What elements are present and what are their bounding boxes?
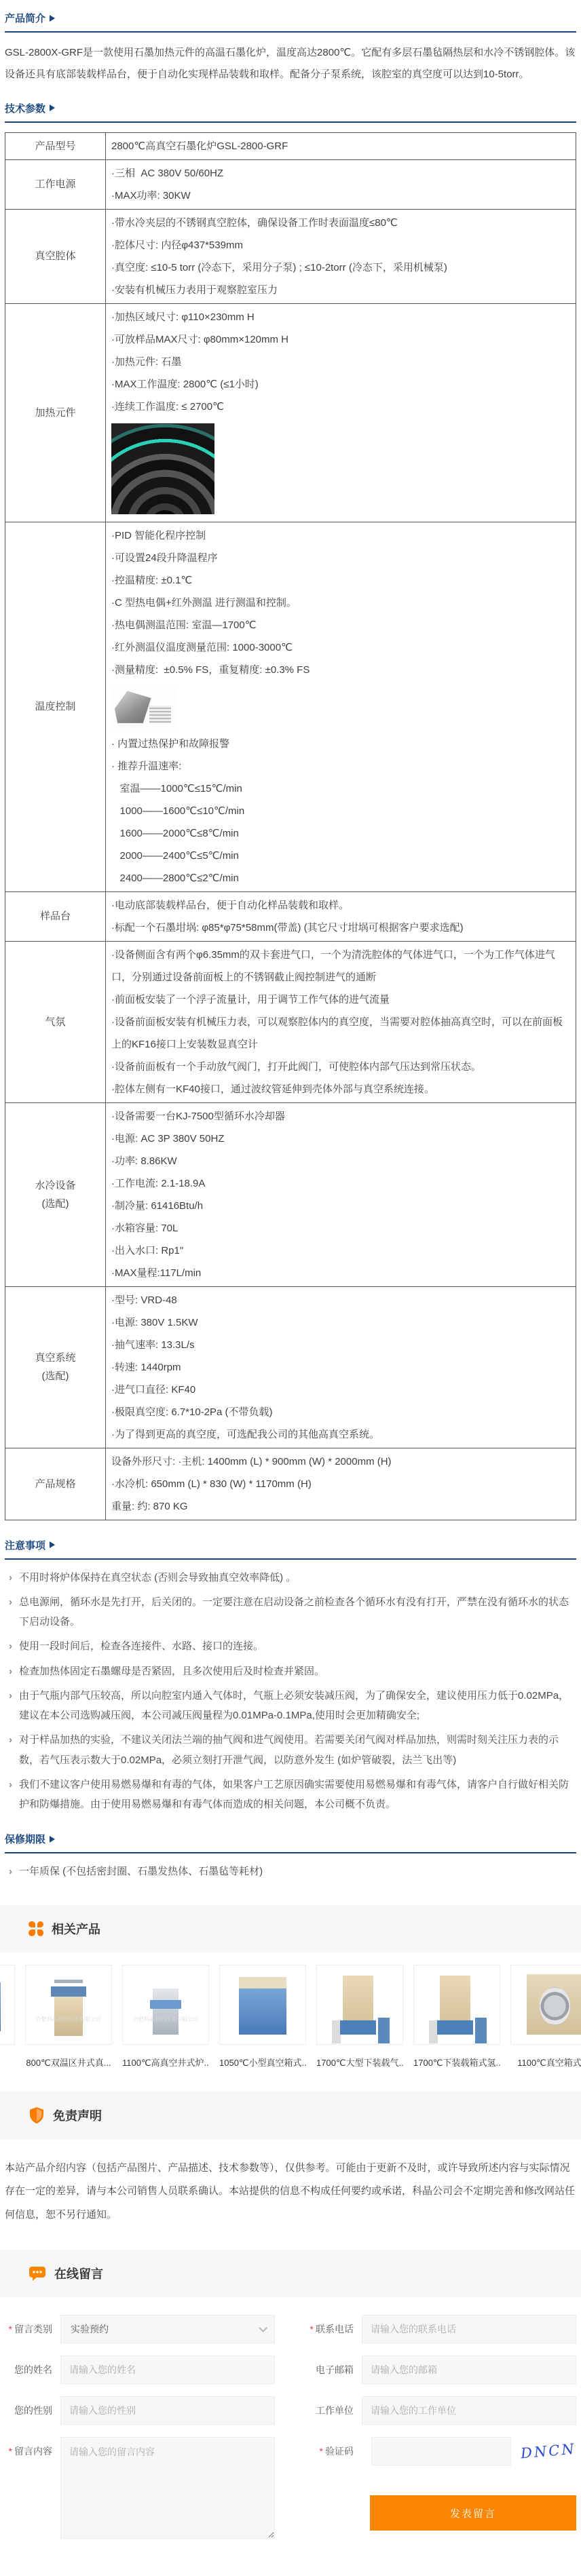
tech-heading: 技术参数 xyxy=(5,90,576,121)
section-notes: 注意事项 ›不用时将炉体保持在真空状态 (否则会导致抽真空效率降低) 。›总电源… xyxy=(0,1527,581,1815)
spec-param-label: 样品台 xyxy=(5,891,106,941)
category-label: *留言类别 xyxy=(5,2322,60,2336)
spec-param-value: 设备外形尺寸: ·主机: 1400mm (L) * 900mm (W) * 20… xyxy=(106,1448,576,1520)
spec-param-label: 温度控制 xyxy=(5,522,106,891)
required-marker: * xyxy=(320,2446,323,2457)
product-card[interactable]: … xyxy=(0,1965,15,2069)
gender-input[interactable] xyxy=(60,2396,275,2425)
bullet-icon: › xyxy=(5,1730,12,1770)
section-warranty: 保修期限 ›一年质保 (不包括密封圈、石墨发热体、石墨毡等耗材) xyxy=(0,1821,581,1881)
spec-param-value: ·带水冷夹层的不锈钢真空腔体，确保设备工作时表面温度≤80℃·腔体尺寸: 内径φ… xyxy=(106,209,576,303)
section-arrow-icon xyxy=(50,104,55,111)
spec-row: 真空腔体·带水冷夹层的不锈钢真空腔体，确保设备工作时表面温度≤80℃·腔体尺寸:… xyxy=(5,209,576,303)
required-marker: * xyxy=(310,2324,314,2334)
related-products-header: 相关产品 xyxy=(0,1905,581,1953)
spec-row: 产品规格设备外形尺寸: ·主机: 1400mm (L) * 900mm (W) … xyxy=(5,1448,576,1520)
required-marker: * xyxy=(9,2324,12,2334)
spec-row: 工作电源·三相 AC 380V 50/60HZ·MAX功率: 30KW xyxy=(5,159,576,209)
gender-label: 您的性别 xyxy=(5,2404,60,2417)
spec-param-value: ·设备侧面含有两个φ6.35mm的双卡套进气口，一个为清洗腔体的气体进气口，一个… xyxy=(106,941,576,1102)
note-item: ›使用一段时间后，检查各连接件、水路、接口的连接。 xyxy=(5,1636,576,1656)
product-card[interactable]: 合肥科晶材料技术有限公司1100℃高真空井式炉... xyxy=(122,1965,209,2069)
field-captcha: *验证码 DNCN xyxy=(306,2437,576,2465)
email-input[interactable] xyxy=(362,2356,576,2384)
required-marker: * xyxy=(9,2446,12,2457)
related-products-row: …合肥科晶材料技术有限公司800℃双温区井式真...合肥科晶材料技术有限公司11… xyxy=(0,1965,581,2069)
category-select-value: 实验预约 xyxy=(71,2322,109,2336)
section-arrow-icon xyxy=(50,1836,55,1843)
name-label: 您的姓名 xyxy=(5,2363,60,2377)
warranty-item: ›一年质保 (不包括密封圈、石墨发热体、石墨毡等耗材) xyxy=(5,1862,576,1881)
captcha-input[interactable] xyxy=(371,2437,511,2465)
spec-param-label: 加热元件 xyxy=(5,303,106,522)
field-phone: *联系电话 xyxy=(306,2315,576,2343)
note-item: ›总电源闸，循环水是先打开，后关闭的。一定要注意在启动设备之前检查各个循环水有没… xyxy=(5,1592,576,1632)
spec-row: 气氛·设备侧面含有两个φ6.35mm的双卡套进气口，一个为清洗腔体的气体进气口，… xyxy=(5,941,576,1102)
spec-param-label: 产品规格 xyxy=(5,1448,106,1520)
note-item: ›不用时将炉体保持在真空状态 (否则会导致抽真空效率降低) 。 xyxy=(5,1568,576,1588)
warranty-title: 保修期限 xyxy=(5,1832,45,1846)
product-title[interactable]: 1100℃真空箱式炉 xyxy=(510,2056,581,2069)
section-online-message: 在线留言 *留言类别 实验预约 *联系电话 您的姓名 xyxy=(0,2250,581,2542)
message-form: *留言类别 实验预约 *联系电话 您的姓名 电子邮箱 xyxy=(0,2315,581,2542)
field-company: 工作单位 xyxy=(306,2396,576,2425)
product-title[interactable]: 1050℃小型真空箱式... xyxy=(219,2056,306,2069)
captcha-and-submit: *验证码 DNCN 发表留言 xyxy=(306,2437,576,2542)
disclaimer-text: 本站产品介绍内容（包括产品图片、产品描述、技术参数等），仅供参考。可能由于更新不… xyxy=(0,2157,581,2227)
tech-title: 技术参数 xyxy=(5,101,45,115)
spec-param-value: ·设备需要一台KJ-7500型循环水冷却器·电源: AC 3P 380V 50H… xyxy=(106,1102,576,1286)
section-intro: 产品简介 GSL-2800X-GRF是一款使用石墨加热元件的高温石墨化炉，温度高… xyxy=(0,0,581,86)
notes-list: ›不用时将炉体保持在真空状态 (否则会导致抽真空效率降低) 。›总电源闸，循环水… xyxy=(5,1568,576,1815)
product-title[interactable]: 800℃双温区井式真... xyxy=(25,2056,112,2069)
bullet-icon: › xyxy=(5,1661,12,1681)
spec-row: 加热元件·加热区域尺寸: φ110×230mm H·可放样品MAX尺寸: φ80… xyxy=(5,303,576,522)
spec-row: 产品型号2800℃高真空石墨化炉GSL-2800-GRF xyxy=(5,132,576,159)
section-arrow-icon xyxy=(50,15,55,22)
spec-row: 温度控制·PID 智能化程序控制·可设置24段升降温程序·控温精度: ±0.1℃… xyxy=(5,522,576,891)
email-label: 电子邮箱 xyxy=(306,2363,362,2377)
spec-param-value: ·PID 智能化程序控制·可设置24段升降温程序·控温精度: ±0.1℃·C 型… xyxy=(106,522,576,891)
section-divider xyxy=(5,31,576,33)
company-input[interactable] xyxy=(362,2396,576,2425)
product-image xyxy=(219,1965,306,2045)
product-title[interactable]: … xyxy=(0,2056,15,2066)
spec-row: 样品台·电动底部装载样品台，便于自动化样品装载和取样。·标配一个石墨坩埚: φ8… xyxy=(5,891,576,941)
chat-bubble-icon xyxy=(29,2265,46,2282)
message-content-textarea[interactable] xyxy=(60,2437,275,2539)
bullet-icon: › xyxy=(5,1775,12,1815)
submit-message-button[interactable]: 发表留言 xyxy=(370,2495,576,2531)
spec-row: 水冷设备(选配)·设备需要一台KJ-7500型循环水冷却器·电源: AC 3P … xyxy=(5,1102,576,1286)
note-item: ›检查加热体固定石墨螺母是否紧固，且多次使用后及时检查并紧固。 xyxy=(5,1661,576,1681)
warranty-heading: 保修期限 xyxy=(5,1821,576,1852)
bullet-icon: › xyxy=(5,1862,12,1881)
spec-param-value: ·加热区域尺寸: φ110×230mm H·可放样品MAX尺寸: φ80mm×1… xyxy=(106,303,576,522)
spec-param-value: 2800℃高真空石墨化炉GSL-2800-GRF xyxy=(106,132,576,159)
bullet-icon: › xyxy=(5,1568,12,1588)
disclaimer-title: 免责声明 xyxy=(53,2107,102,2124)
section-arrow-icon xyxy=(50,1541,55,1548)
phone-label: *联系电话 xyxy=(306,2322,362,2336)
chevron-down-icon xyxy=(259,2324,267,2332)
note-item: ›由于气瓶内部气压较高，所以向腔室内通入气体时，气瓶上必须安装减压阀，为了确保安… xyxy=(5,1686,576,1726)
watermark-text: 合肥科晶材料技术有限公司 xyxy=(26,2016,111,2023)
company-label: 工作单位 xyxy=(306,2404,362,2417)
field-name: 您的姓名 xyxy=(5,2356,275,2384)
infrared-sensor-photo xyxy=(111,685,176,729)
captcha-label: *验证码 xyxy=(306,2444,362,2458)
intro-title: 产品简介 xyxy=(5,11,45,25)
spec-param-label: 真空腔体 xyxy=(5,209,106,303)
captcha-image[interactable]: DNCN xyxy=(520,2440,576,2461)
product-card[interactable]: 1700℃大型下装载气... xyxy=(316,1965,403,2069)
field-email: 电子邮箱 xyxy=(306,2356,576,2384)
product-card[interactable]: 合肥科晶材料技术有限公司800℃双温区井式真... xyxy=(25,1965,112,2069)
product-page: 产品简介 GSL-2800X-GRF是一款使用石墨加热元件的高温石墨化炉，温度高… xyxy=(0,0,581,2576)
category-select[interactable]: 实验预约 xyxy=(60,2315,275,2343)
disclaimer-header: 免责声明 xyxy=(0,2092,581,2139)
field-gender: 您的性别 xyxy=(5,2396,275,2425)
section-disclaimer: 免责声明 本站产品介绍内容（包括产品图片、产品描述、技术参数等），仅供参考。可能… xyxy=(0,2092,581,2227)
shield-icon xyxy=(29,2107,45,2124)
spec-param-value: ·三相 AC 380V 50/60HZ·MAX功率: 30KW xyxy=(106,159,576,209)
section-tech-params: 技术参数 产品型号2800℃高真空石墨化炉GSL-2800-GRF工作电源·三相… xyxy=(0,90,581,1520)
product-image: 合肥科晶材料技术有限公司 xyxy=(122,1965,209,2045)
warranty-list: ›一年质保 (不包括密封圈、石墨发热体、石墨毡等耗材) xyxy=(5,1862,576,1881)
product-title[interactable]: 1700℃下装载箱式氢... xyxy=(413,2056,500,2069)
product-title[interactable]: 1100℃高真空井式炉... xyxy=(122,2056,209,2069)
section-divider xyxy=(5,1558,576,1560)
spec-param-label: 水冷设备(选配) xyxy=(5,1102,106,1286)
section-related-products: 相关产品 …合肥科晶材料技术有限公司800℃双温区井式真...合肥科晶材料技术有… xyxy=(0,1905,581,2069)
product-card[interactable]: 1050℃小型真空箱式... xyxy=(219,1965,306,2069)
spec-param-value: ·电动底部装载样品台，便于自动化样品装载和取样。·标配一个石墨坩埚: φ85*φ… xyxy=(106,891,576,941)
note-item: ›我们不建议客户使用易燃易爆和有毒的气体，如果客户工艺原因确实需要使用易燃易爆和… xyxy=(5,1775,576,1815)
bullet-icon: › xyxy=(5,1636,12,1656)
spec-param-label: 产品型号 xyxy=(5,132,106,159)
product-image xyxy=(316,1965,403,2045)
spec-table-body: 产品型号2800℃高真空石墨化炉GSL-2800-GRF工作电源·三相 AC 3… xyxy=(5,132,576,1520)
online-message-title: 在线留言 xyxy=(54,2265,103,2282)
note-item: ›对于样品加热的实验，不建议关闭法兰端的抽气阀和进气阀使用。若需要关闭气阀对样品… xyxy=(5,1730,576,1770)
intro-heading: 产品简介 xyxy=(5,0,576,31)
phone-input[interactable] xyxy=(362,2315,576,2343)
online-message-header: 在线留言 xyxy=(0,2250,581,2297)
section-divider xyxy=(5,1852,576,1853)
spec-row: 真空系统(选配)·型号: VRD-48·电源: 380V 1.5KW·抽气速率:… xyxy=(5,1286,576,1448)
product-card[interactable]: 1700℃下装载箱式氢... xyxy=(413,1965,500,2069)
field-category: *留言类别 实验预约 xyxy=(5,2315,275,2343)
watermark-text: 合肥科晶材料技术有限公司 xyxy=(123,2016,208,2023)
spec-param-label: 工作电源 xyxy=(5,159,106,209)
field-message-content: *留言内容 xyxy=(5,2437,275,2542)
graphite-heater-photo xyxy=(111,423,214,514)
name-input[interactable] xyxy=(60,2356,275,2384)
spec-param-label: 真空系统(选配) xyxy=(5,1286,106,1448)
bullet-icon: › xyxy=(5,1592,12,1632)
product-title[interactable]: 1700℃大型下装载气... xyxy=(316,2056,403,2069)
product-card[interactable]: 1100℃真空箱式炉 xyxy=(510,1965,581,2069)
bullet-icon: › xyxy=(5,1686,12,1726)
spec-param-value: ·型号: VRD-48·电源: 380V 1.5KW·抽气速率: 13.3L/s… xyxy=(106,1286,576,1448)
related-products-title: 相关产品 xyxy=(52,1920,100,1938)
product-image xyxy=(510,1965,581,2045)
product-image xyxy=(413,1965,500,2045)
section-divider xyxy=(5,121,576,123)
four-petal-icon xyxy=(29,1921,43,1936)
notes-title: 注意事项 xyxy=(5,1538,45,1552)
intro-text: GSL-2800X-GRF是一款使用石墨加热元件的高温石墨化炉，温度高达2800… xyxy=(5,42,576,86)
notes-heading: 注意事项 xyxy=(5,1527,576,1558)
spec-param-label: 气氛 xyxy=(5,941,106,1102)
content-label: *留言内容 xyxy=(5,2437,60,2458)
spec-table: 产品型号2800℃高真空石墨化炉GSL-2800-GRF工作电源·三相 AC 3… xyxy=(5,132,576,1520)
product-image: 合肥科晶材料技术有限公司 xyxy=(25,1965,112,2045)
product-image xyxy=(0,1965,15,2045)
